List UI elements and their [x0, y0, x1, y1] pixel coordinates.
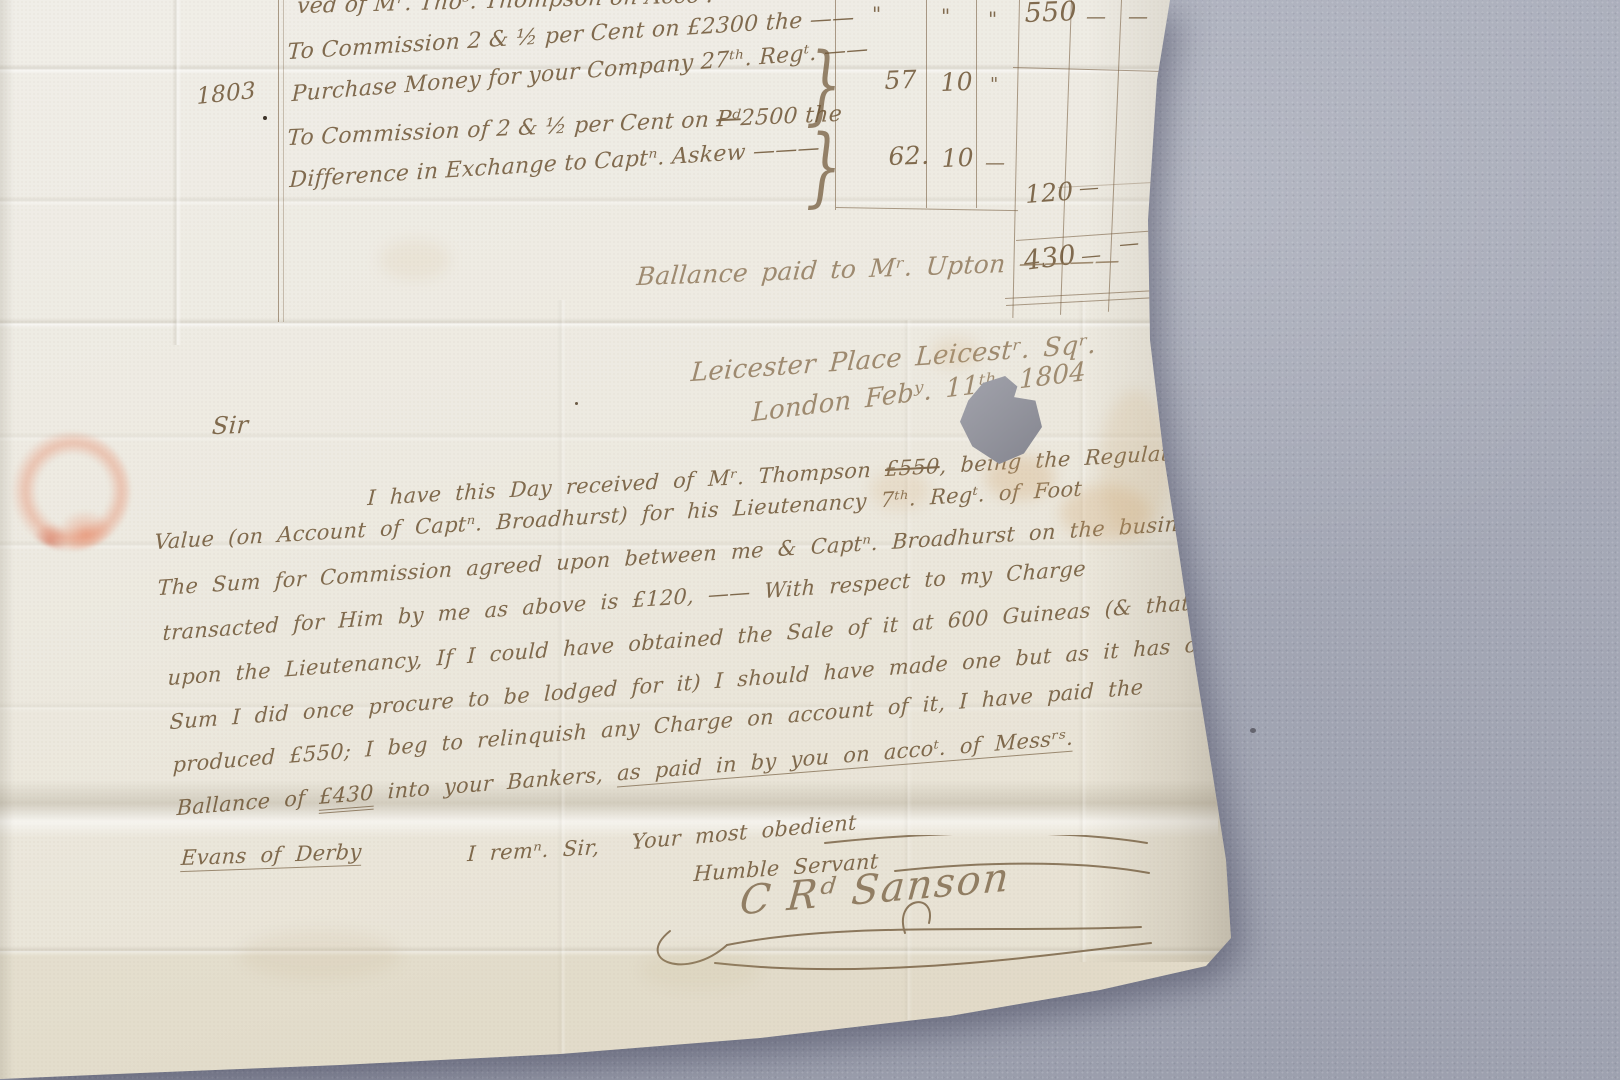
underlined-430: £430	[319, 780, 374, 813]
row2-shillings: 10	[941, 143, 974, 173]
right-edge-curl-shading	[1088, 0, 1231, 962]
crossed-550: £550	[884, 454, 940, 481]
row1-pounds: 57	[884, 65, 917, 95]
commission-total: 120	[1024, 177, 1075, 209]
salutation: Sir	[211, 411, 249, 440]
ditto-mark: "	[941, 4, 951, 28]
received-pence-dash: —	[1128, 4, 1148, 28]
closing-evans: Evans of Derby	[180, 840, 362, 872]
balance-dash: —	[1118, 230, 1140, 256]
ditto-mark: "	[988, 7, 998, 31]
received-amount: 550	[1024, 0, 1077, 29]
letter-paper-wrapper: ved of Mʳ. Thoˢ. Thompson on Accoᵗ. ——— …	[0, 0, 1620, 1080]
letter-paper: ved of Mʳ. Thoˢ. Thompson on Accoᵗ. ——— …	[0, 0, 1620, 1080]
vertical-crease	[172, 0, 181, 345]
row2-crossed-out: Pᵈ	[716, 106, 742, 132]
row2-text-a: To Commission of 2 & ½ per Cent on	[286, 107, 717, 151]
table-row-rule	[836, 207, 1018, 211]
inserted-regulation: the Regulation	[1035, 439, 1204, 472]
signature-flourish	[575, 835, 1155, 1005]
received-shillings-dash: —	[1086, 4, 1106, 28]
table-column-rule	[976, 0, 977, 208]
ditto-mark: "	[872, 2, 882, 26]
row2-pounds: 62.	[888, 141, 930, 171]
row2-brace: }	[806, 124, 842, 210]
row1-pence: "	[990, 74, 999, 95]
foxing-stain	[380, 240, 450, 280]
table-margin-rule-double	[283, 0, 284, 322]
ink-speck	[575, 402, 578, 405]
backdrop-speck	[1250, 728, 1256, 733]
left-edge-shading	[0, 0, 14, 1079]
vertical-crease	[557, 300, 566, 1058]
row2-pence-dash: —	[985, 150, 1005, 174]
photo-backdrop: { "scene": { "background_color": "#a6aab…	[0, 0, 1620, 1080]
table-margin-rule	[278, 0, 279, 322]
table-column-rule	[926, 0, 927, 208]
ink-speck	[263, 116, 267, 120]
commission-total-dash: —	[1078, 175, 1100, 200]
balance-paid-line: Ballance paid to Mʳ. Upton ————	[635, 245, 1121, 291]
wax-seal-stain	[12, 432, 130, 550]
row1-shillings: 10	[940, 67, 973, 97]
account-year: 1803	[196, 78, 256, 110]
